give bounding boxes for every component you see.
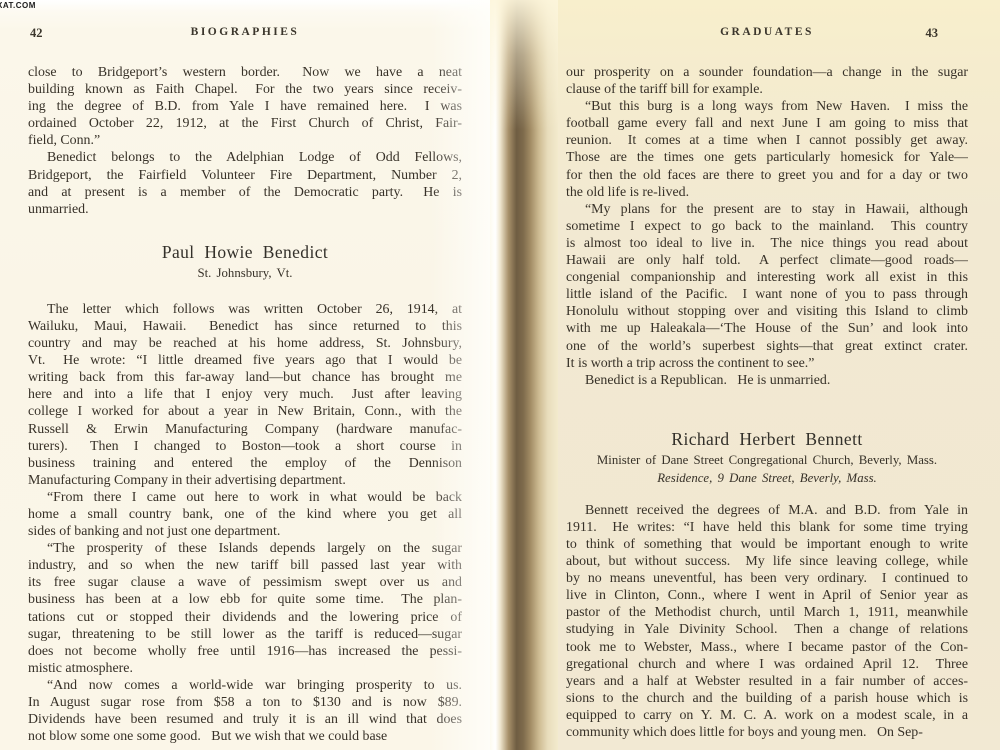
book-scan: 42 BIOGRAPHIES close to Bridgeport’s wes… (0, 0, 1000, 750)
page-number-left: 42 (30, 26, 43, 41)
text-line: field, Conn.” (28, 132, 462, 149)
text-line: mistic atmosphere. (28, 660, 462, 677)
text-line: home a small country bank, one of the ki… (28, 506, 462, 523)
text-line: turers). Then I changed to Boston—took a… (28, 438, 462, 455)
text-line: unmarried. (28, 201, 462, 218)
text-line: congenial companionship and interesting … (566, 269, 968, 286)
text-line: 1911. He writes: “I have held this blank… (566, 519, 968, 536)
text-line: its free sugar clause a wave of pessimis… (28, 574, 462, 591)
text-line: the old life is re-lived. (566, 184, 968, 201)
text-line: business has been at a low ebb for quite… (28, 591, 462, 608)
text-line: live in Clinton, Conn., where I went in … (566, 587, 968, 604)
page-header-right: GRADUATES 43 (566, 26, 968, 39)
text-line: Dividends have been resumed and truly it… (28, 711, 462, 728)
text-line: football game every fall and next June I… (566, 115, 968, 132)
text-line: Bennett received the degrees of M.A. and… (566, 502, 968, 519)
text-line: Hawaii are only half told. A perfect cli… (566, 252, 968, 269)
text-line: little island of the Pacific. I want non… (566, 286, 968, 303)
text-line: and at present is a member of the Democr… (28, 184, 462, 201)
text-line: “But this burg is a long ways from New H… (566, 98, 968, 115)
text-line: Wailuku, Maui, Hawaii. Benedict has sinc… (28, 318, 462, 335)
entry-subheading: Minister of Dane Street Congregational C… (566, 453, 968, 468)
text-line: college I worked for about a year in New… (28, 403, 462, 420)
paragraph: our prosperity on a sounder foundation—a… (566, 64, 968, 98)
paragraph: Benedict is a Republican. He is unmarrie… (566, 372, 968, 389)
paragraph: “But this burg is a long ways from New H… (566, 98, 968, 201)
text-line: for then the old faces are there to gree… (566, 167, 968, 184)
page-body-left: close to Bridgeport’s western border. No… (28, 64, 462, 745)
text-line: our prosperity on a sounder foundation—a… (566, 64, 968, 81)
text-line: Vt. He wrote: “I little dreamed five yea… (28, 352, 462, 369)
entry-subheading: St. Johnsbury, Vt. (28, 266, 462, 281)
watermark: XAT.COM (0, 1, 36, 10)
text-line: tations cut or stopped their dividends a… (28, 609, 462, 626)
paragraph: “And now comes a world-wide war bringing… (28, 677, 462, 745)
paragraph: The letter which follows was written Oct… (28, 301, 462, 489)
running-head-left: BIOGRAPHIES (28, 26, 462, 38)
page-header-left: 42 BIOGRAPHIES (28, 26, 462, 39)
text-line: ordained October 22, 1912, at the First … (28, 115, 462, 132)
entry-subheading-italic: Residence, 9 Dane Street, Beverly, Mass. (566, 471, 968, 486)
paragraph: “My plans for the present are to stay in… (566, 201, 968, 372)
text-line: took me to Webster, Mass., where I becam… (566, 639, 968, 656)
text-line: industry, and so when the new tariff bil… (28, 557, 462, 574)
text-line: The letter which follows was written Oct… (28, 301, 462, 318)
text-line: gregational church and where I was ordai… (566, 656, 968, 673)
text-line: “And now comes a world-wide war bringing… (28, 677, 462, 694)
text-line: Honolulu without stopping over and visit… (566, 303, 968, 320)
text-line: equipped to carry on Y. M. C. A. work on… (566, 707, 968, 724)
text-line: Benedict is a Republican. He is unmarrie… (566, 372, 968, 389)
text-line: years and a half at Webster resulted in … (566, 673, 968, 690)
text-line: Bridgeport, the Fairfield Volunteer Fire… (28, 167, 462, 184)
page-body-right: our prosperity on a sounder foundation—a… (566, 64, 968, 741)
text-line: In August sugar rose from $58 a ton to $… (28, 694, 462, 711)
paragraph: Benedict belongs to the Adelphian Lodge … (28, 149, 462, 217)
page-right: GRADUATES 43 our prosperity on a sounder… (558, 0, 1000, 750)
text-line: ing the degree of B.D. from Yale I have … (28, 98, 462, 115)
paragraph: “From there I came out here to work in w… (28, 489, 462, 540)
text-line: studying in Yale Divinity School. Then a… (566, 621, 968, 638)
text-line: “The prosperity of these Islands depends… (28, 540, 462, 557)
text-line: one of the world’s superbest sights—that… (566, 338, 968, 355)
text-line: sugar, threatening to be still lower as … (28, 626, 462, 643)
text-line: is almost too ideal to live in. The nice… (566, 235, 968, 252)
text-line: Manufacturing Company in their advertisi… (28, 472, 462, 489)
page-left: 42 BIOGRAPHIES close to Bridgeport’s wes… (0, 0, 490, 750)
running-head-right: GRADUATES (566, 26, 968, 38)
text-line: Benedict belongs to the Adelphian Lodge … (28, 149, 462, 166)
entry-heading: Paul Howie Benedict (28, 242, 462, 262)
text-line: not blow some one some good. But we wish… (28, 728, 462, 745)
text-line: clause of the tariff bill for example. (566, 81, 968, 98)
text-line: by no means uneventful, has been very or… (566, 570, 968, 587)
page-number-right: 43 (926, 26, 939, 41)
text-line: sometime I expect to go back to the main… (566, 218, 968, 235)
text-line: about, but without success. My life sinc… (566, 553, 968, 570)
text-line: It is worth a trip across the continent … (566, 355, 968, 372)
text-line: “From there I came out here to work in w… (28, 489, 462, 506)
entry-heading: Richard Herbert Bennett (566, 429, 968, 449)
text-line: Those are the times one gets particularl… (566, 149, 968, 166)
paragraph: close to Bridgeport’s western border. No… (28, 64, 462, 149)
text-line: building known as Faith Chapel. For the … (28, 81, 462, 98)
paragraph: “The prosperity of these Islands depends… (28, 540, 462, 677)
text-line: does not become wholly free until 1916—h… (28, 643, 462, 660)
text-line: writing back from this far-away land—but… (28, 369, 462, 386)
text-line: sions to the church and the building of … (566, 690, 968, 707)
paragraph: Bennett received the degrees of M.A. and… (566, 502, 968, 741)
text-line: sides of banking and not just one depart… (28, 523, 462, 540)
gutter-shadow (490, 0, 558, 750)
text-line: pastor of the Methodist church, until Ma… (566, 604, 968, 621)
text-line: Russell & Erwin Manufacturing Company (h… (28, 421, 462, 438)
text-line: to think of something that would be impo… (566, 536, 968, 553)
text-line: country and may be reached at his home a… (28, 335, 462, 352)
text-line: close to Bridgeport’s western border. No… (28, 64, 462, 81)
text-line: “My plans for the present are to stay in… (566, 201, 968, 218)
text-line: community which does little for boys and… (566, 724, 968, 741)
text-line: here and into a life that I enjoy very m… (28, 386, 462, 403)
text-line: business training and entered the employ… (28, 455, 462, 472)
text-line: with me up Haleakala—‘The House of the S… (566, 320, 968, 337)
text-line: reunion. It comes at a time when I canno… (566, 132, 968, 149)
